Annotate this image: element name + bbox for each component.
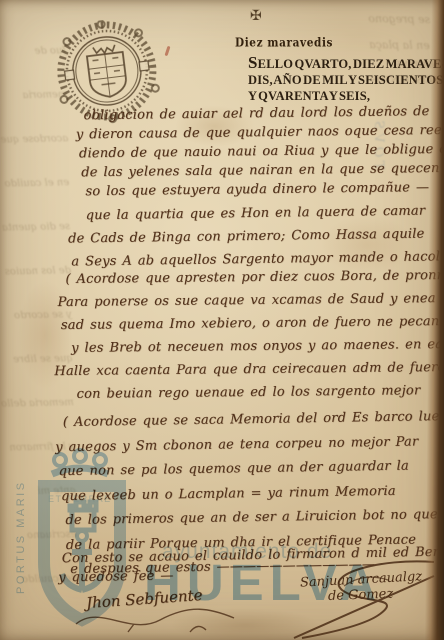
signature-right: Sanjuan arcaualgz de Gomez	[300, 572, 440, 602]
paper-sheet: Juo de memoria acordose que en el cauild…	[0, 0, 444, 640]
signature-left: Jhon Sebfuente	[86, 586, 204, 612]
gothic-annotation: Diez maravedis	[235, 36, 333, 49]
manuscript-line: con beuian rego uenaue ed lo los sargent…	[76, 379, 444, 406]
manuscript-paragraph-2: que la quartia que es Hon en la quera de…	[62, 199, 441, 273]
manuscript-paragraph-1: obligacion de auiar ael rd dau lord los …	[69, 102, 444, 202]
bleedthrough-text-top: se pregono en la plaça	[295, 5, 431, 59]
red-ink-mark	[165, 46, 171, 56]
paper-stain	[170, 608, 320, 640]
signature-right-name2: de Gomez	[328, 585, 440, 604]
manuscript-photo: Juo de memoria acordose que en el cauild…	[0, 0, 444, 640]
printed-stamp-line: SELLO QVARTO, DIEZ MARAVE-	[248, 55, 428, 72]
cross-icon: ✠	[250, 8, 262, 24]
manuscript-line: so los que estuyera ayuda dinero le comp…	[85, 178, 444, 202]
printed-stamp-line: DIS, AÑO DE MIL Y SEISCIENTOS	[248, 72, 428, 88]
printed-stamp-text: SELLO QVARTO, DIEZ MARAVE- DIS, AÑO DE M…	[248, 55, 428, 104]
manuscript-paragraph-3: ( Acordose que apresten por diez cuos Bo…	[51, 264, 444, 406]
watermark-motto: PORTUS MARIS	[15, 480, 27, 594]
